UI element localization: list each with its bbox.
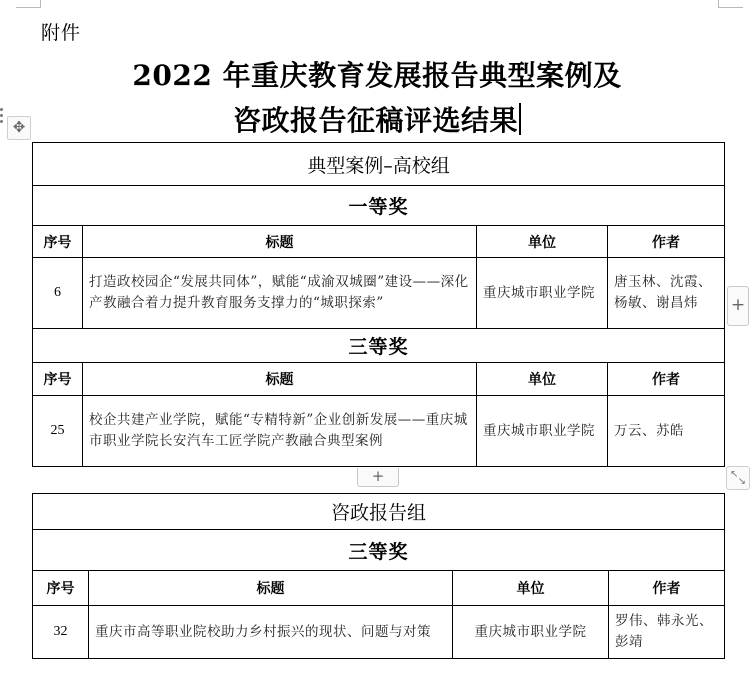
header-unit: 单位 [453,571,609,606]
award-level-third: 三等奖 [33,329,725,363]
table-row: 6 打造政校园企“发展共同体”，赋能“成渝双城圈”建设——深化产教融合着力提升教… [33,258,725,329]
row-unit: 重庆城市职业学院 [477,258,608,329]
table-drag-dots-icon[interactable] [0,108,4,128]
document-title-line1: 2022 年重庆教育发展报告典型案例及 [0,56,754,96]
attachment-label: 附件 [41,18,81,45]
table-row: 25 校企共建产业学院，赋能“专精特新”企业创新发展——重庆城市职业学院长安汽车… [33,396,725,467]
table-header-row: 序号 标题 单位 作者 [33,226,725,258]
row-title: 打造政校园企“发展共同体”，赋能“成渝双城圈”建设——深化产教融合着力提升教育服… [83,258,477,329]
row-index: 32 [33,606,89,659]
table-typical-cases-university: 典型案例–高校组 一等奖 序号 标题 单位 作者 6 打造政校园企“发展共同体”… [32,142,725,467]
header-unit: 单位 [477,363,608,396]
header-index: 序号 [33,571,89,606]
header-authors: 作者 [608,226,725,258]
text-cursor [519,103,521,135]
award-level-first: 一等奖 [33,186,725,226]
crop-mark-top-left [16,0,41,8]
row-index: 6 [33,258,83,329]
header-title: 标题 [83,226,477,258]
row-index: 25 [33,396,83,467]
row-authors: 万云、苏皓 [608,396,725,467]
table-policy-reports: 咨政报告组 三等奖 序号 标题 单位 作者 32 重庆市高等职业院校助力乡村振兴… [32,493,725,659]
add-column-button[interactable]: + [727,286,749,326]
header-authors: 作者 [609,571,725,606]
row-unit: 重庆城市职业学院 [453,606,609,659]
add-row-button[interactable]: + [357,468,399,487]
table-header-row: 序号 标题 单位 作者 [33,363,725,396]
row-authors: 唐玉林、沈霞、杨敏、谢昌炜 [608,258,725,329]
header-unit: 单位 [477,226,608,258]
document-title-line2-text: 咨政报告征稿评选结果 [233,104,518,137]
document-title-line2[interactable]: 咨政报告征稿评选结果 [0,101,754,141]
header-authors: 作者 [608,363,725,396]
row-authors: 罗伟、韩永光、彭靖 [609,606,725,659]
award-level-third: 三等奖 [33,530,725,571]
table-header-row: 序号 标题 单位 作者 [33,571,725,606]
row-unit: 重庆城市职业学院 [477,396,608,467]
table-resize-handle[interactable]: ↖ ↘ [726,466,750,490]
table-row: 32 重庆市高等职业院校助力乡村振兴的现状、问题与对策 重庆城市职业学院 罗伟、… [33,606,725,659]
header-title: 标题 [89,571,453,606]
row-title: 校企共建产业学院，赋能“专精特新”企业创新发展——重庆城市职业学院长安汽车工匠学… [83,396,477,467]
group-title: 咨政报告组 [33,494,725,530]
row-title: 重庆市高等职业院校助力乡村振兴的现状、问题与对策 [89,606,453,659]
header-title: 标题 [83,363,477,396]
group-title: 典型案例–高校组 [33,143,725,186]
resize-arrow-down-right-icon: ↘ [738,476,746,487]
header-index: 序号 [33,363,83,396]
header-index: 序号 [33,226,83,258]
table-move-handle-icon[interactable]: ✥ [7,116,31,140]
crop-mark-top-right [718,0,743,8]
